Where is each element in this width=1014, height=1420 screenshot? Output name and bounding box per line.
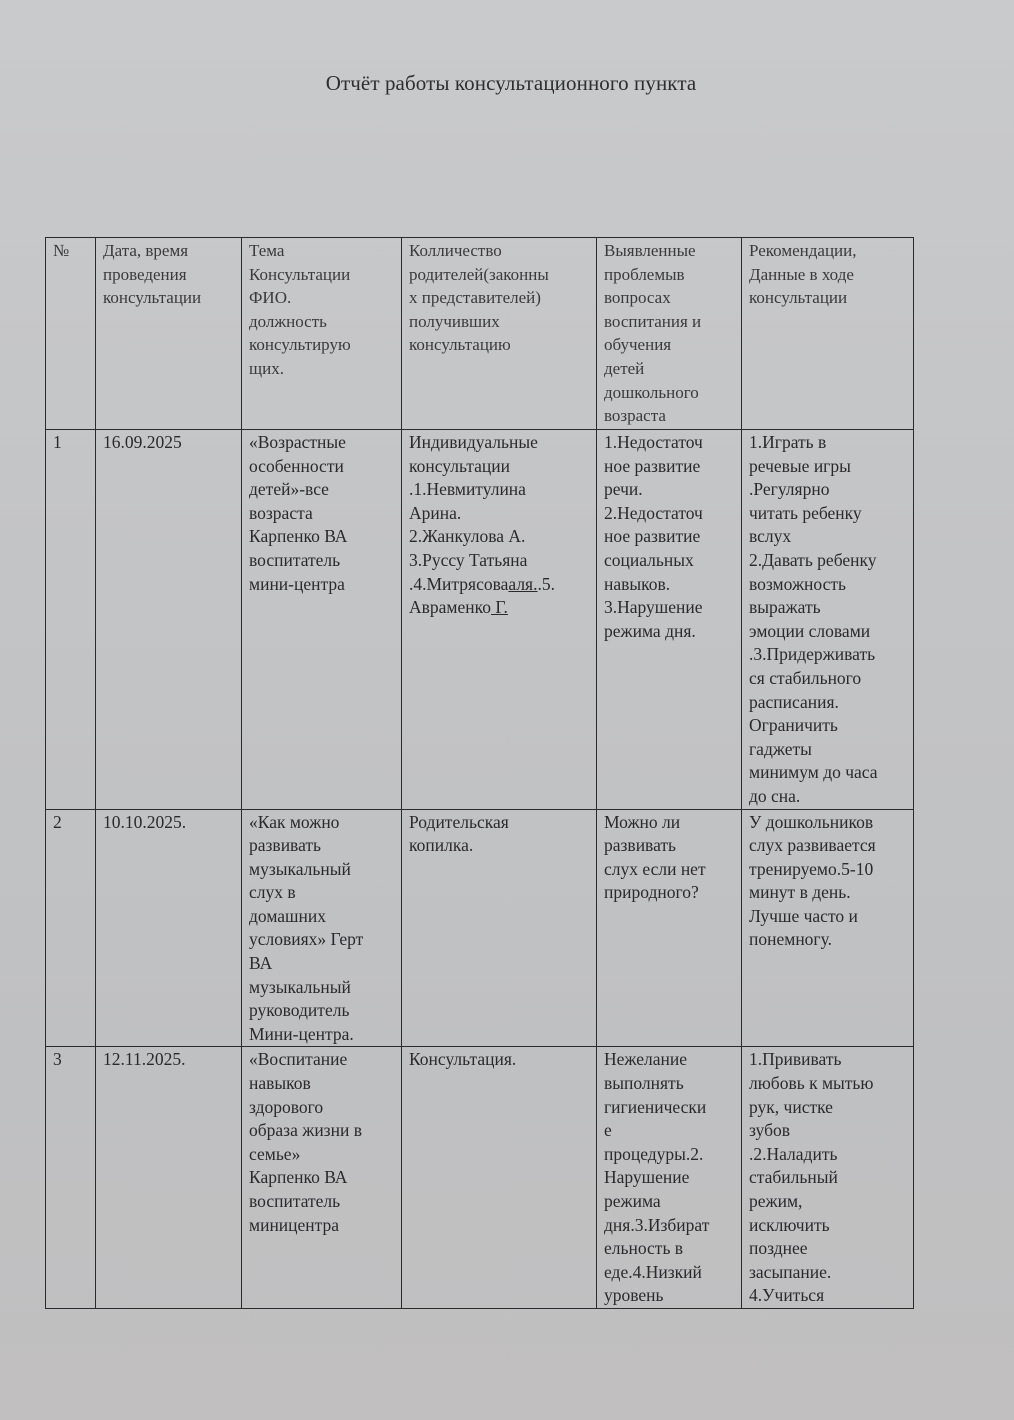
row-topic: «Как можно развивать музыкальный слух в …: [242, 809, 402, 1047]
table-row: 3 12.11.2025. «Воспитание навыков здоров…: [46, 1047, 914, 1309]
row-topic: «Возрастные особенности детей»-все возра…: [242, 430, 402, 810]
page-title: Отчёт работы консультационного пункта: [0, 71, 1014, 96]
header-problems: Выявленные проблемыв вопросах воспитания…: [597, 238, 742, 430]
header-recommendations: Рекомендации, Данные в ходе консультации: [742, 238, 914, 430]
row-problems: Нежелание выполнять гигиенически е проце…: [597, 1047, 742, 1309]
row-recommendations: 1.Прививать любовь к мытью рук, чистке з…: [742, 1047, 914, 1309]
header-parents-count: Колличество родителей(законны х представ…: [402, 238, 597, 430]
header-number: №: [46, 238, 96, 430]
row-problems: 1.Недостаточ ное развитие речи. 2.Недост…: [597, 430, 742, 810]
row-number: 2: [46, 809, 96, 1047]
header-topic: Тема Консультации ФИО. должность консуль…: [242, 238, 402, 430]
underlined-initial-fragment: Г.: [491, 597, 508, 617]
row-date: 16.09.2025: [96, 430, 242, 810]
header-date: Дата, время проведения консультации: [96, 238, 242, 430]
row-date: 12.11.2025.: [96, 1047, 242, 1309]
row-recommendations: У дошкольников слух развивается тренируе…: [742, 809, 914, 1047]
row-date: 10.10.2025.: [96, 809, 242, 1047]
row-recommendations: 1.Играть в речевые игры .Регулярно читат…: [742, 430, 914, 810]
row-parents-count: Консультация.: [402, 1047, 597, 1309]
parents-list-text: Индивидуальные консультации .1.Невмитули…: [409, 432, 538, 594]
row-number: 1: [46, 430, 96, 810]
row-problems: Можно ли развивать слух если нет природн…: [597, 809, 742, 1047]
row-parents-count: Родительская копилка.: [402, 809, 597, 1047]
row-topic: «Воспитание навыков здорового образа жиз…: [242, 1047, 402, 1309]
underlined-name-fragment: аля.: [508, 574, 537, 594]
table-row: 2 10.10.2025. «Как можно развивать музык…: [46, 809, 914, 1047]
consultation-report-table: № Дата, время проведения консультации Те…: [45, 237, 914, 1309]
table-row: 1 16.09.2025 «Возрастные особенности дет…: [46, 430, 914, 810]
table-header-row: № Дата, время проведения консультации Те…: [46, 238, 914, 430]
row-number: 3: [46, 1047, 96, 1309]
row-parents-count: Индивидуальные консультации .1.Невмитули…: [402, 430, 597, 810]
